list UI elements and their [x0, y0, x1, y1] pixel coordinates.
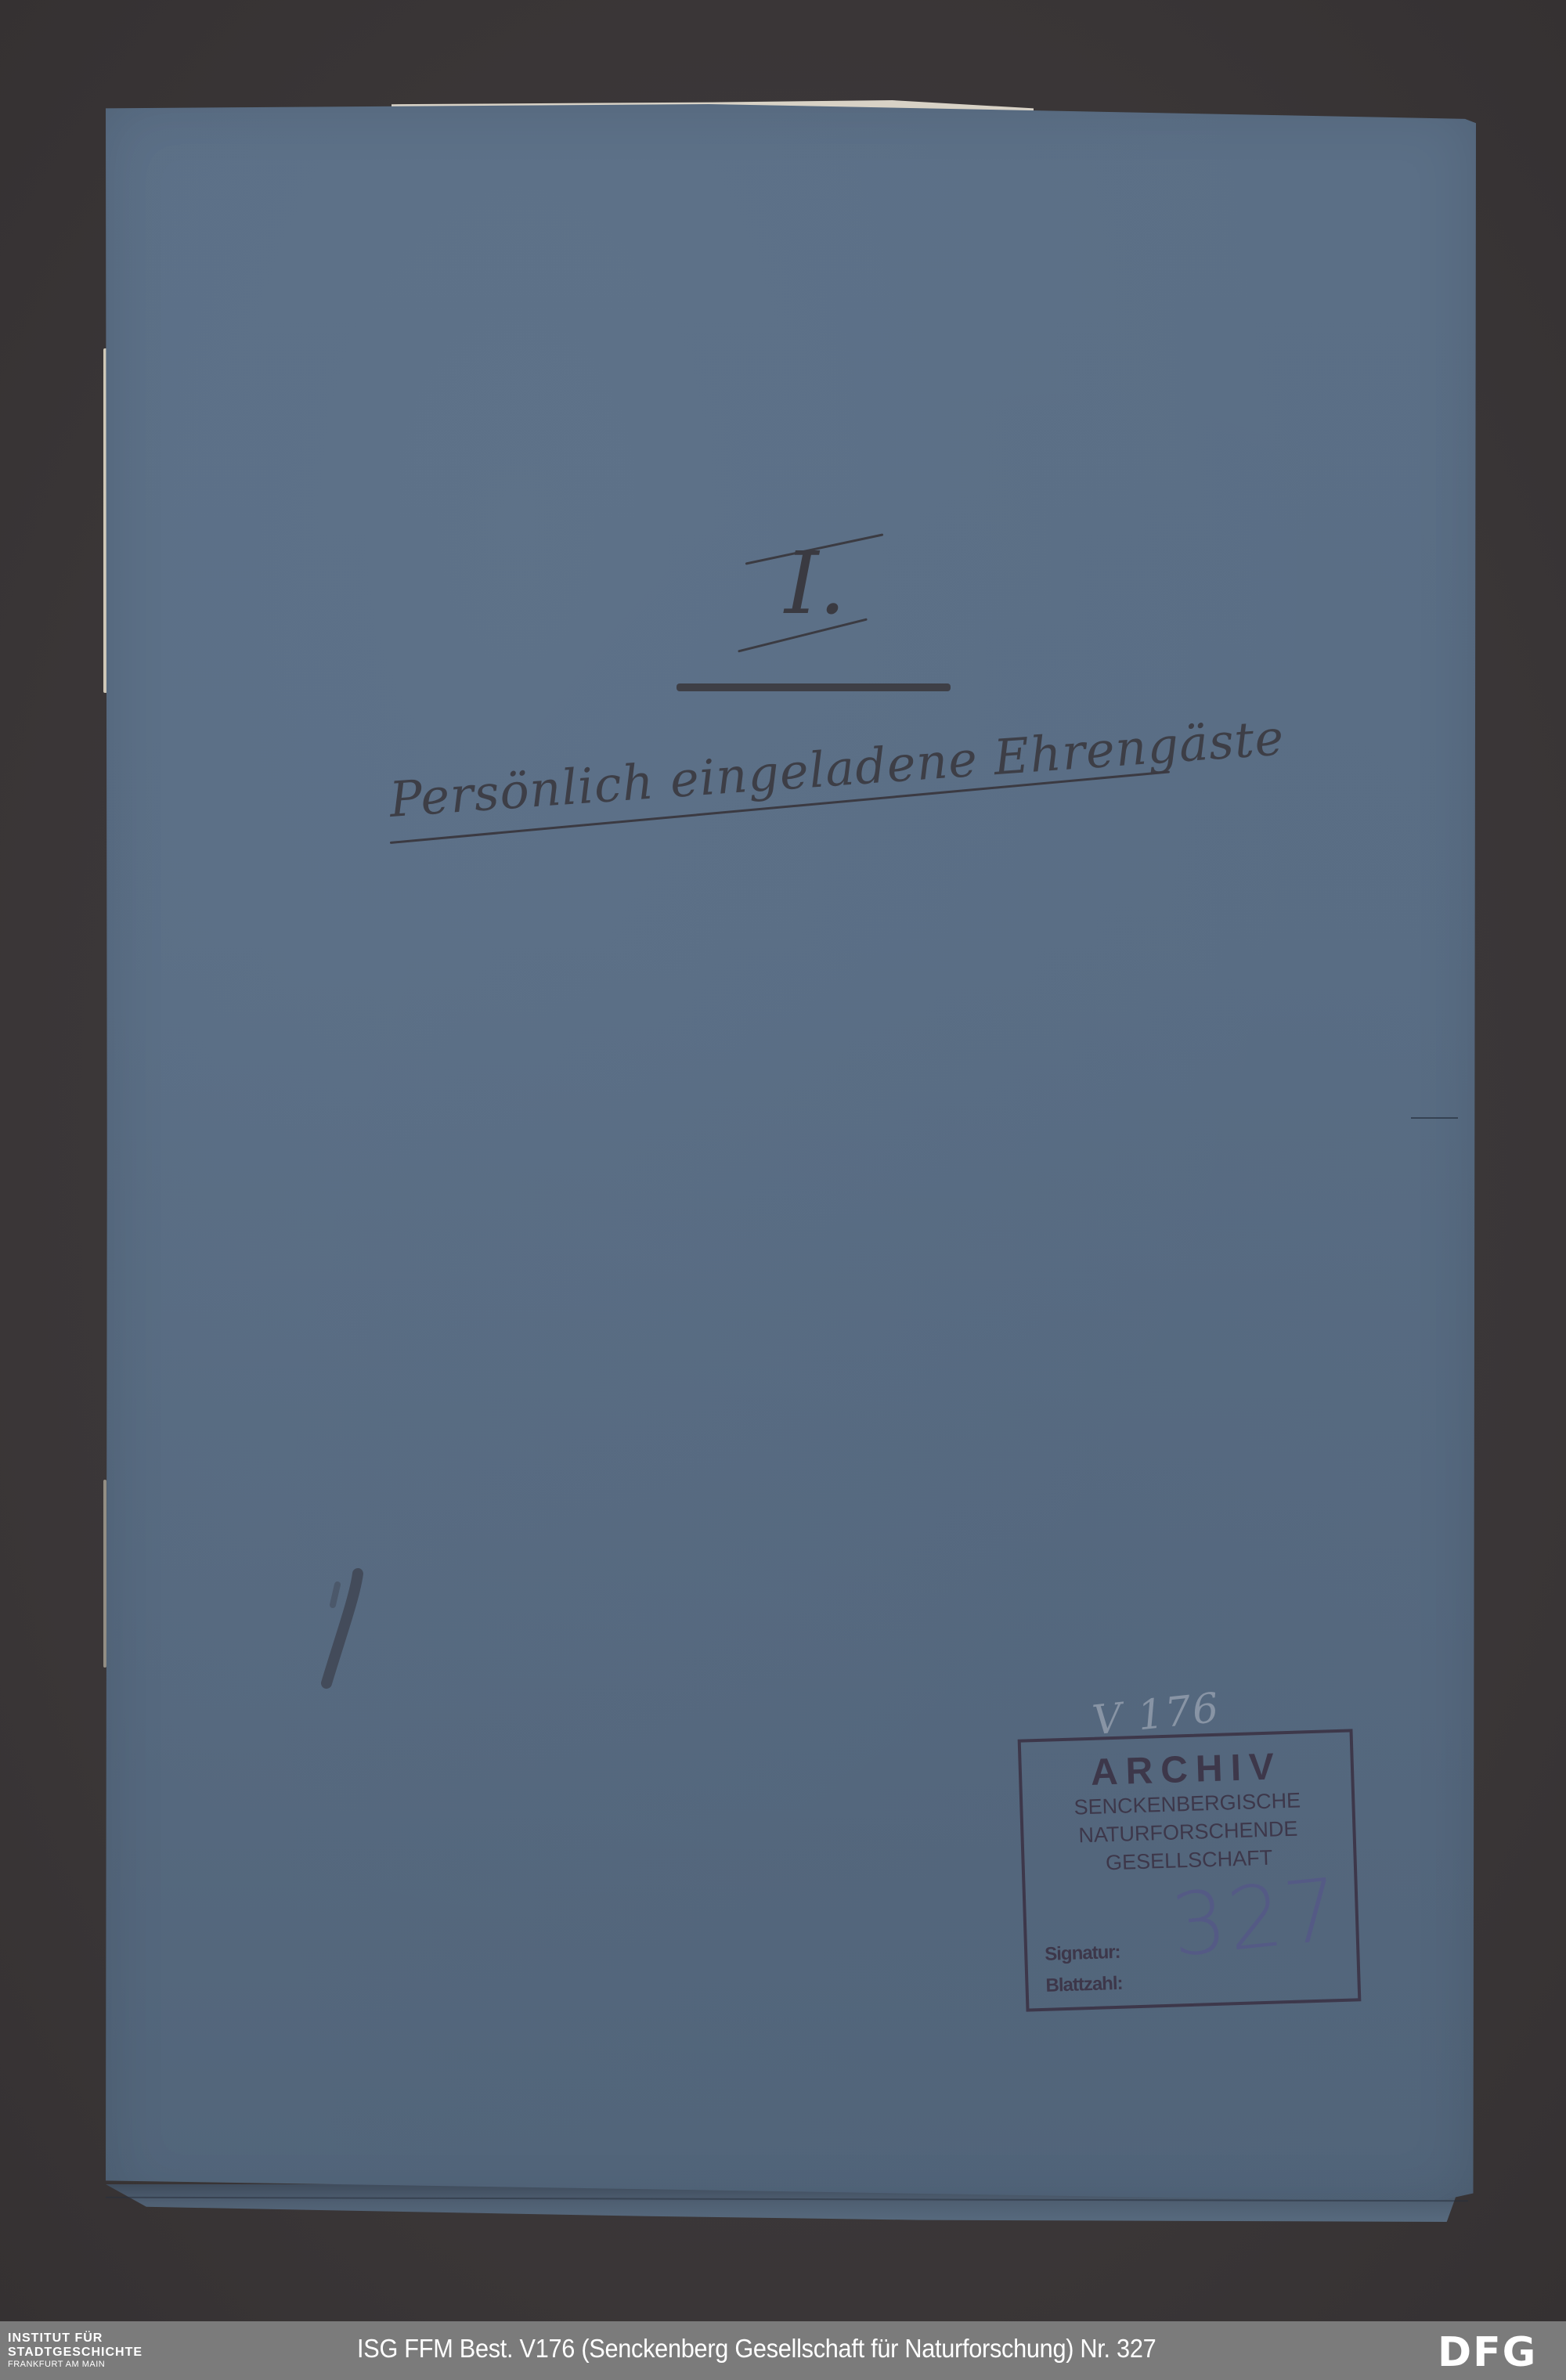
- underlying-sheet-edge-left-lower: [103, 1480, 106, 1668]
- institution-logo: INSTITUT FÜR STADTGESCHICHTE FRANKFURT A…: [8, 2332, 143, 2369]
- stamp-signature-value: 327: [1167, 1866, 1344, 1969]
- stamp-line: NATURFORSCHENDE: [1023, 1816, 1353, 1848]
- margin-mark: [309, 1566, 372, 1691]
- archive-stamp: ARCHIV SENCKENBERGISCHE NATURFORSCHENDE …: [1018, 1729, 1362, 2011]
- footer-bar: INSTITUT FÜR STADTGESCHICHTE FRANKFURT A…: [0, 2321, 1566, 2380]
- stamp-line: SENCKENBERGISCHE: [1023, 1788, 1352, 1819]
- section-numeral: I.: [736, 517, 893, 658]
- heading-rule: [677, 683, 951, 691]
- edge-tear: [1411, 1117, 1458, 1119]
- institution-line-2: STADTGESCHICHTE: [8, 2346, 143, 2359]
- section-numeral-text: I.: [785, 540, 846, 626]
- institution-line-1: INSTITUT FÜR: [8, 2332, 143, 2345]
- stamp-heading: ARCHIV: [1021, 1746, 1351, 1794]
- dfg-logo: DFG: [1438, 2332, 1537, 2373]
- stamp-signature-label: Signatur:: [1045, 1943, 1120, 1964]
- stamp-leaf-count-label: Blattzahl:: [1045, 1974, 1123, 1996]
- archive-reference-caption: ISG FFM Best. V176 (Senckenberg Gesellsc…: [357, 2335, 1156, 2361]
- institution-line-3: FRANKFURT AM MAIN: [8, 2360, 143, 2369]
